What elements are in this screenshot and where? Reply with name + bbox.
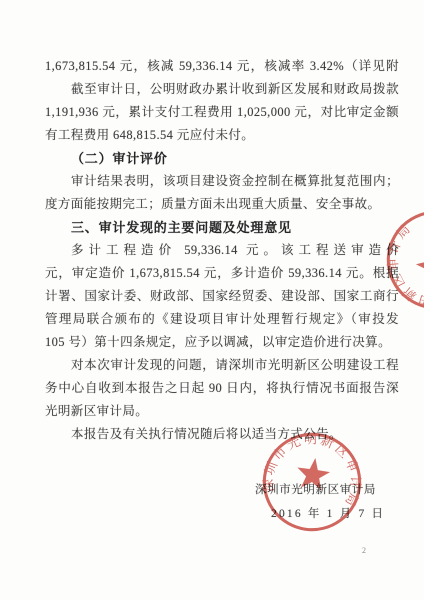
document-body: 1,673,815.54 元，核减 59,336.14 元，核减率 3.42%（… bbox=[45, 55, 399, 446]
body-line: 计署、国家计委、财政部、国家经贸委、建设部、国家工商行政 bbox=[45, 285, 399, 308]
body-line: 多计工程造价 59,336.14 元。该工程送审造价 1,733,151.68 bbox=[45, 239, 399, 262]
body-line: 有工程费用 648,815.54 元应付未付。 bbox=[45, 124, 399, 147]
body-line: 105 号）第十四条规定，应予以调减，以审定造价进行决算。 bbox=[45, 331, 399, 354]
body-line: 元，审定造价 1,673,815.54 元，多计造价 59,336.14 元。根… bbox=[45, 262, 399, 285]
body-line: 度方面能按期完工；质量方面未出现重大质量、安全事故。 bbox=[45, 193, 399, 216]
body-line: 光明新区审计局。 bbox=[45, 400, 399, 423]
body-line: 截至审计日，公明财政办累计收到新区发展和财政局拨款 bbox=[45, 78, 399, 101]
section-heading: 三、审计发现的主要问题及处理意见 bbox=[45, 216, 399, 239]
body-line: 管理局联合颁布的《建设项目审计处理暂行规定》（审投发〔1996〕 bbox=[45, 308, 399, 331]
official-seal-stamp: 深圳市光明新区审计局 bbox=[253, 423, 370, 540]
star-icon bbox=[411, 247, 424, 289]
section-heading: （二）审计评价 bbox=[45, 147, 399, 170]
body-line: 1,673,815.54 元，核减 59,336.14 元，核减率 3.42%（… bbox=[45, 55, 399, 78]
star-icon bbox=[295, 456, 332, 492]
body-line: 务中心自收到本报告之日起 90 日内，将执行情况书面报告深圳市 bbox=[45, 377, 399, 400]
page-number: 2 bbox=[362, 546, 366, 555]
scanned-document-page: 1,673,815.54 元，核减 59,336.14 元，核减率 3.42%（… bbox=[0, 0, 424, 600]
body-line: 1,191,936 元，累计支付工程费用 1,025,000 元，对比审定金额尚 bbox=[45, 101, 399, 124]
body-line: 审计结果表明，该项目建设资金控制在概算批复范围内；进 bbox=[45, 170, 399, 193]
body-line: 对本次审计发现的问题，请深圳市光明新区公明建设工程事 bbox=[45, 354, 399, 377]
